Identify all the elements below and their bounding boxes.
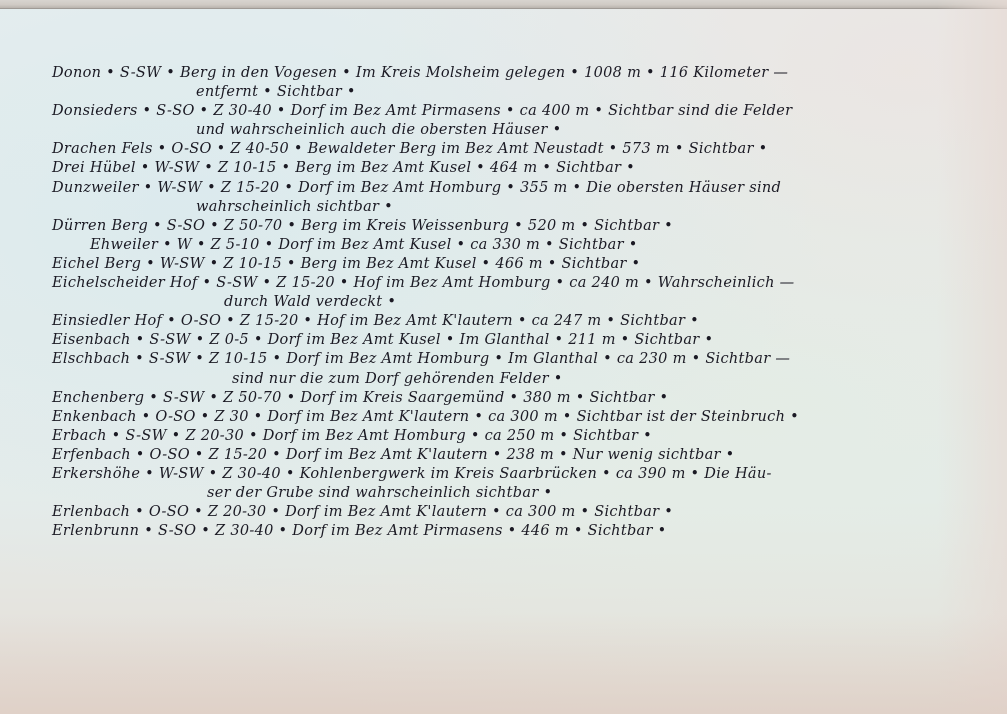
entry-line-ehweiler: Ehweiler • W • Z 5-10 • Dorf im Bez Amt … [52, 236, 952, 255]
entry-line-donon: Donon • S-SW • Berg in den Vogesen • Im … [52, 64, 952, 83]
entry-line-erlenbach: Erlenbach • O-SO • Z 20-30 • Dorf im Bez… [52, 503, 952, 522]
entry-line-eichel-berg: Eichel Berg • W-SW • Z 10-15 • Berg im B… [52, 255, 952, 274]
entry-line-eisenbach: Eisenbach • S-SW • Z 0-5 • Dorf im Bez A… [52, 331, 952, 350]
entry-line-erlenbrunn: Erlenbrunn • S-SO • Z 30-40 • Dorf im Be… [52, 522, 952, 541]
entry-continuation: sind nur die zum Dorf gehörenden Felder … [52, 370, 952, 389]
entry-line-elschbach: Elschbach • S-SW • Z 10-15 • Dorf im Bez… [52, 350, 952, 369]
entry-line-dunzweiler: Dunzweiler • W-SW • Z 15-20 • Dorf im Be… [52, 179, 952, 198]
entry-line-duerren-berg: Dürren Berg • S-SO • Z 50-70 • Berg im K… [52, 217, 952, 236]
handwritten-page: Donon • S-SW • Berg in den Vogesen • Im … [0, 0, 1007, 714]
entry-continuation: wahrscheinlich sichtbar • [52, 198, 952, 217]
entry-line-drei-huebel: Drei Hübel • W-SW • Z 10-15 • Berg im Be… [52, 159, 952, 178]
entry-line-erfenbach: Erfenbach • O-SO • Z 15-20 • Dorf im Bez… [52, 446, 952, 465]
entry-line-drachen-fels: Drachen Fels • O-SO • Z 40-50 • Bewaldet… [52, 140, 952, 159]
entry-continuation: und wahrscheinlich auch die obersten Häu… [52, 121, 952, 140]
place-entries-list: Donon • S-SW • Berg in den Vogesen • Im … [52, 64, 952, 541]
entry-continuation: ser der Grube sind wahrscheinlich sichtb… [52, 484, 952, 503]
entry-line-donsieders: Donsieders • S-SO • Z 30-40 • Dorf im Be… [52, 102, 952, 121]
entry-line-erbach: Erbach • S-SW • Z 20-30 • Dorf im Bez Am… [52, 427, 952, 446]
entry-line-enchenberg: Enchenberg • S-SW • Z 50-70 • Dorf im Kr… [52, 389, 952, 408]
entry-line-erkershoehe: Erkershöhe • W-SW • Z 30-40 • Kohlenberg… [52, 465, 952, 484]
entry-continuation: durch Wald verdeckt • [52, 293, 952, 312]
paper-stain-bottom [0, 614, 1007, 714]
page-top-edge [0, 0, 1007, 9]
entry-continuation: entfernt • Sichtbar • [52, 83, 952, 102]
entry-line-enkenbach: Enkenbach • O-SO • Z 30 • Dorf im Bez Am… [52, 408, 952, 427]
entry-line-eichelscheider-hof: Eichelscheider Hof • S-SW • Z 15-20 • Ho… [52, 274, 952, 293]
entry-line-einsiedler-hof: Einsiedler Hof • O-SO • Z 15-20 • Hof im… [52, 312, 952, 331]
